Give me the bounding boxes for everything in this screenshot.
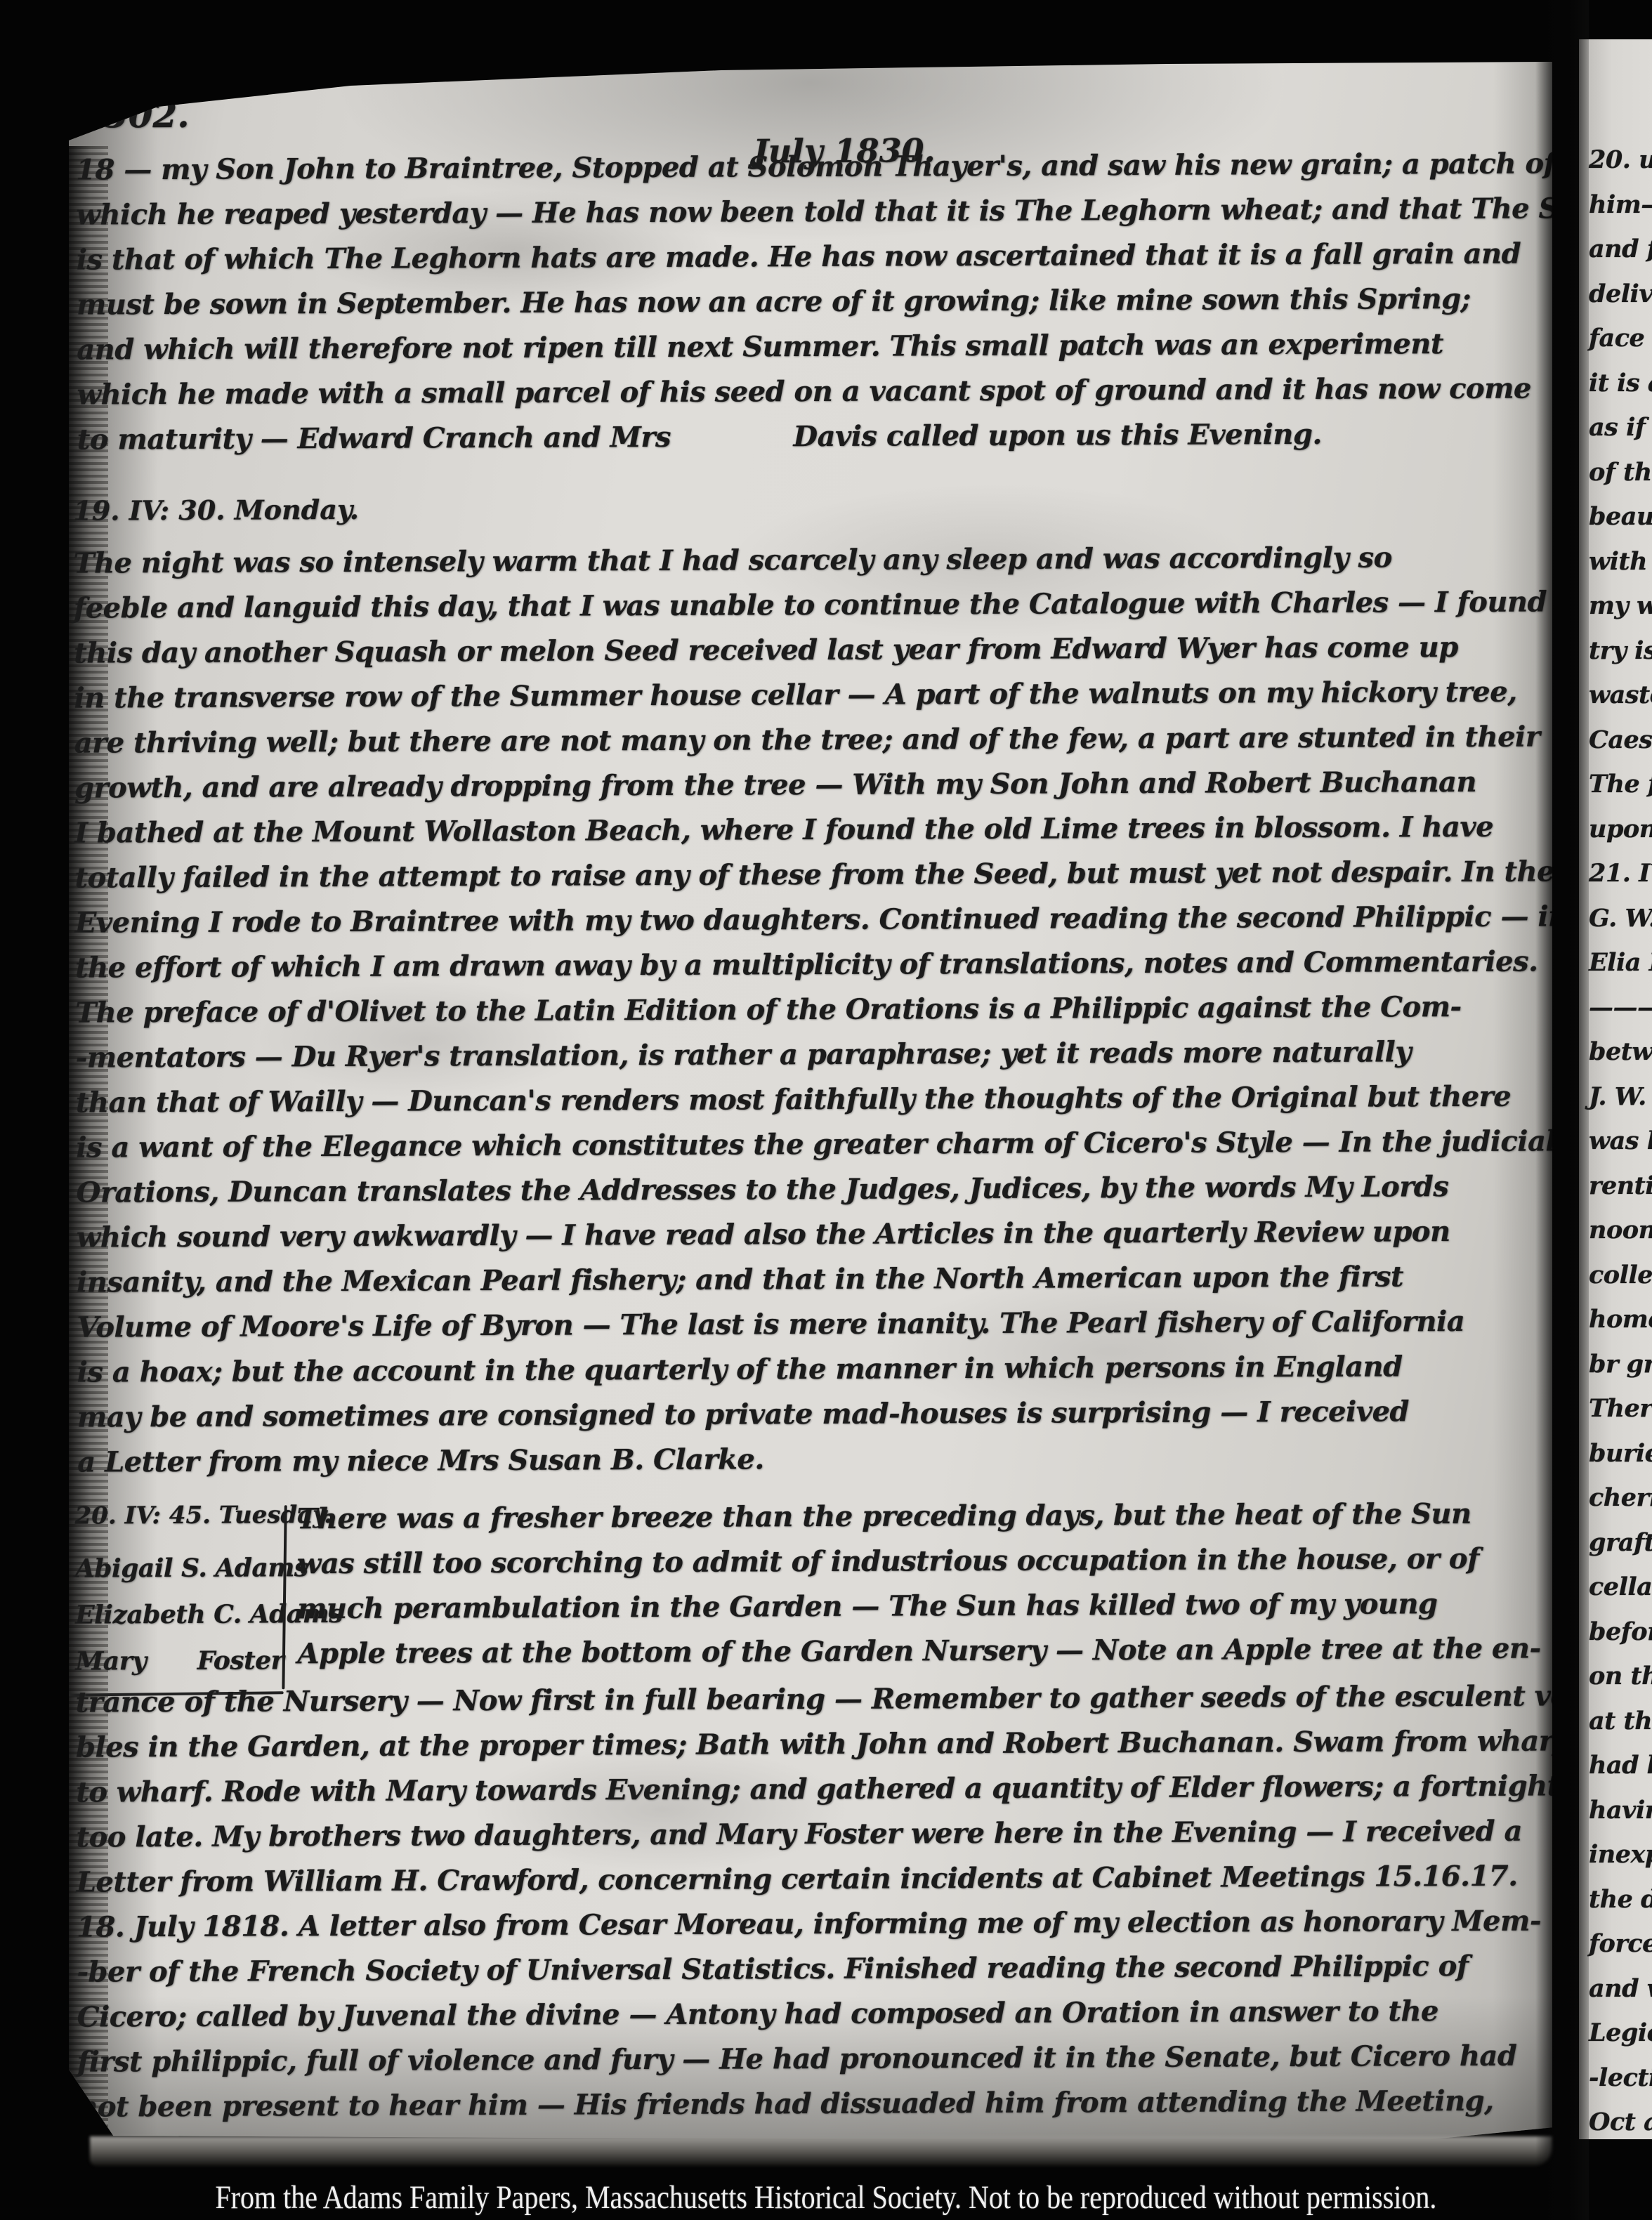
facing-page-line: and wa (1589, 1966, 1652, 2011)
manuscript-line: I bathed at the Mount Wollaston Beach, w… (74, 805, 1533, 856)
caption-text: From the Adams Family Papers, Massachuse… (216, 2179, 1437, 2216)
facing-page-line: cherry - (1589, 1476, 1652, 1520)
facing-page-line: 20. unch (1589, 138, 1652, 183)
facing-page-line: Thermo (1589, 1386, 1652, 1431)
entry-19-heading: 19. IV: 30. Monday. (73, 494, 359, 527)
facing-page-line: buried a (1589, 1431, 1652, 1476)
diary-page: 502. July 1830. 18 — my Son John to Brai… (69, 62, 1552, 2142)
manuscript-line: is that of which The Leghorn hats are ma… (77, 232, 1530, 283)
manuscript-line: bles in the Garden, at the proper times;… (76, 1719, 1537, 1770)
facing-page-line: the des (1589, 1877, 1652, 1922)
manuscript-line: much perambulation in the Garden — The S… (297, 1582, 1526, 1632)
facing-page-line: cellar, a (1589, 1565, 1652, 1610)
diary-entry-july-18: 18 — my Son John to Braintree, Stopped a… (76, 142, 1531, 463)
manuscript-line: The night was so intensely warm that I h… (74, 535, 1532, 586)
facing-page-line: J. W. Bo (1589, 1075, 1652, 1119)
facing-page-line: try is t (1589, 629, 1652, 674)
facing-page-line: between (1589, 1030, 1652, 1075)
diary-entry-july-20-upper: There was a fresher breeze than the prec… (296, 1492, 1526, 1677)
facing-page-line: inexpec (1589, 1832, 1652, 1877)
facing-page-line: collectio (1589, 1253, 1652, 1298)
facing-page-line: force, to (1589, 1922, 1652, 1966)
facing-page-line: Oct am (1589, 2100, 1652, 2139)
manuscript-line: and which will therefore not ripen till … (77, 322, 1530, 373)
facing-page-line: had bee (1589, 1743, 1652, 1788)
facing-page-line: Caesar (1589, 718, 1652, 763)
facing-page-line: ——— (1589, 985, 1652, 1030)
facing-page-line: of the p (1589, 450, 1652, 495)
facing-page-line: deliver (1589, 272, 1652, 317)
manuscript-line: -ber of the French Society of Universal … (77, 1943, 1538, 1995)
facing-page-line: renting (1589, 1164, 1652, 1209)
facing-page-line: br gree (1589, 1342, 1652, 1387)
manuscript-line: a Letter from my niece Mrs Susan B. Clar… (77, 1434, 1535, 1485)
facing-page-line: home wa (1589, 1297, 1652, 1342)
manuscript-line: totally failed in the attempt to raise a… (74, 850, 1533, 901)
manuscript-line: the effort of which I am drawn away by a… (75, 940, 1533, 991)
manuscript-line: -mentators — Du Ryer's translation, is r… (76, 1030, 1534, 1081)
facing-page-line: Legion (1589, 2011, 1652, 2056)
facing-page-line: it is ad (1589, 361, 1652, 406)
manuscript-line: than that of Wailly — Duncan's renders m… (76, 1075, 1534, 1126)
manuscript-line: this day another Squash or melon Seed re… (74, 625, 1532, 676)
facing-page-line: wasted (1589, 673, 1652, 718)
caption-bar: From the Adams Family Papers, Massachuse… (0, 2175, 1652, 2220)
manuscript-line: was still too scorching to admit of indu… (297, 1537, 1526, 1587)
facing-page-line: with tha (1589, 539, 1652, 584)
facing-page-line: 21. IV 3 (1589, 851, 1652, 896)
diary-entry-july-20-lower: trance of the Nursery — Now first in ful… (76, 1674, 1539, 2129)
manuscript-line: feeble and languid this day, that I was … (74, 580, 1532, 631)
manuscript-line: Evening I rode to Braintree with my two … (75, 895, 1533, 946)
facing-page-line: -lecting (1589, 2056, 1652, 2101)
manuscript-line: to wharf. Rode with Mary towards Evening… (76, 1763, 1537, 1815)
manuscript-line: Apple trees at the bottom of the Garden … (297, 1627, 1526, 1677)
manuscript-line: too late. My brothers two daughters, and… (76, 1808, 1537, 1860)
facing-page-line: Elia Ri (1589, 940, 1652, 985)
facing-page-line: at the 2 (1589, 1699, 1652, 1744)
page-number: 502. (104, 94, 190, 136)
book-bottom-edge (90, 2136, 1552, 2166)
manuscript-line: 18 — my Son John to Braintree, Stopped a… (76, 142, 1530, 193)
manuscript-line: which sound very awkwardly — I have read… (77, 1209, 1535, 1261)
manuscript-scan: 502. July 1830. 18 — my Son John to Brai… (0, 0, 1652, 2220)
manuscript-line: Orations, Duncan translates the Addresse… (76, 1164, 1534, 1216)
manuscript-line: to maturity — Edward Cranch and Mrs Davi… (77, 412, 1531, 463)
manuscript-line: which he made with a small parcel of his… (77, 367, 1530, 418)
manuscript-line: first philippic, full of violence and fu… (77, 2033, 1538, 2084)
manuscript-line: not been present to hear him — His frien… (77, 2078, 1538, 2129)
manuscript-line: insanity, and the Mexican Pearl fishery;… (77, 1254, 1535, 1306)
manuscript-line: growth, and are already dropping from th… (74, 760, 1533, 811)
manuscript-line: is a hoax; but the account in the quarte… (77, 1344, 1535, 1395)
facing-page-line: upon lu (1589, 807, 1652, 852)
facing-page-line: and fo (1589, 227, 1652, 272)
manuscript-line: Volume of Moore's Life of Byron — The la… (77, 1299, 1535, 1351)
manuscript-line: The preface of d'Olivet to the Latin Edi… (75, 985, 1533, 1036)
manuscript-line: must be sown in September. He has now an… (77, 277, 1530, 328)
facing-page-line: beautif (1589, 494, 1652, 539)
facing-page-line: noon - a (1589, 1208, 1652, 1253)
handwriting-layer: 502. July 1830. 18 — my Son John to Brai… (65, 58, 1557, 2145)
facing-page-line: having (1589, 1788, 1652, 1833)
manuscript-line: in the transverse row of the Summer hous… (74, 670, 1532, 721)
manuscript-line: trance of the Nursery — Now first in ful… (76, 1674, 1537, 1725)
facing-page-line: was hea (1589, 1119, 1652, 1164)
manuscript-line: are thriving well; but there are not man… (74, 715, 1533, 766)
facing-page-line: him—R (1589, 183, 1652, 228)
manuscript-line: may be and sometimes are consigned to pr… (77, 1389, 1535, 1440)
facing-page-strip: 20. unchhim—Rand fodeliverface toit is a… (1579, 39, 1652, 2139)
facing-page-line: face to (1589, 316, 1652, 361)
facing-page-line: on the (1589, 1654, 1652, 1699)
facing-page-line: G. W. J (1589, 896, 1652, 941)
manuscript-line: Letter from William H. Crawford, concern… (77, 1853, 1538, 1905)
manuscript-line: which he reaped yesterday — He has now b… (76, 187, 1530, 238)
manuscript-line: There was a fresher breeze than the prec… (296, 1492, 1526, 1542)
facing-page-line: my wag (1589, 584, 1652, 629)
facing-page-line: The fir (1589, 762, 1652, 807)
facing-page-line: as if ma (1589, 405, 1652, 450)
diary-entry-july-19: The night was so intensely warm that I h… (74, 535, 1536, 1485)
manuscript-line: Cicero; called by Juvenal the divine — A… (77, 1988, 1538, 2040)
manuscript-line: is a want of the Elegance which constitu… (76, 1119, 1534, 1171)
facing-page-line: before - (1589, 1610, 1652, 1655)
manuscript-line: 18. July 1818. A letter also from Cesar … (77, 1898, 1538, 1950)
facing-page-line: grafted (1589, 1520, 1652, 1565)
entry-20-heading: 20. IV: 45. Tuesday. (74, 1501, 332, 1530)
